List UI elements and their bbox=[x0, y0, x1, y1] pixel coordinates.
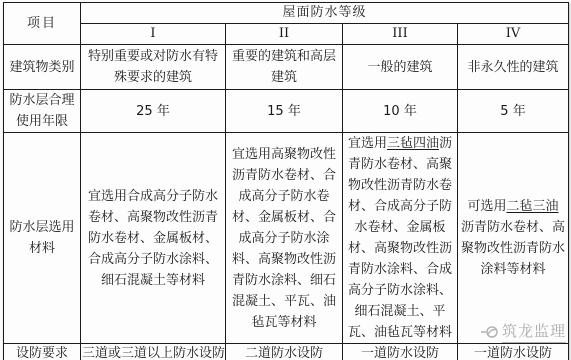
screenshot-root: 项目 屋面防水等级 I II III IV 建筑物类别 特别重要或对防水有特殊要… bbox=[0, 0, 571, 360]
cell-service-life-grade2: 15 年 bbox=[226, 90, 343, 133]
cell-materials-grade2: 宜选用高聚物改性沥青防水卷材、合成高分子防水卷材、金属板材、合成高分子防水涂料、… bbox=[226, 133, 343, 344]
materials-text: 沥青防水卷材、高聚物改性沥青防水卷材、合成高分子防水卷材、金属板材、高聚物改性沥… bbox=[348, 136, 452, 340]
cell-materials-grade4: 可选用二毡三油沥青防水卷材、高聚物改性沥青防水涂料等材料 bbox=[458, 133, 569, 344]
grade-header-cell: 屋面防水等级 bbox=[81, 3, 569, 24]
grade-column-1-header: I bbox=[81, 24, 226, 45]
materials-text: 宜选用合成高分子防水卷材、高聚物改性沥青防水卷材、金属板材、合成高分子防水涂料、… bbox=[88, 189, 218, 288]
cell-building-type-grade3: 一般的建筑 bbox=[343, 45, 458, 90]
grade-column-4-header: IV bbox=[458, 24, 569, 45]
cell-fortification-grade2: 二道防水设防 bbox=[226, 344, 343, 360]
cell-service-life-grade4: 5 年 bbox=[458, 90, 569, 133]
cell-service-life-grade1: 25 年 bbox=[81, 90, 226, 133]
row-label-materials: 防水层选用材料 bbox=[4, 133, 81, 344]
materials-text: 宜选用 bbox=[348, 136, 387, 151]
cell-materials-grade1: 宜选用合成高分子防水卷材、高聚物改性沥青防水卷材、金属板材、合成高分子防水涂料、… bbox=[81, 133, 226, 344]
grade-column-3-header: III bbox=[343, 24, 458, 45]
cell-building-type-grade2: 重要的建筑和高层建筑 bbox=[226, 45, 343, 90]
grade-column-2-header: II bbox=[226, 24, 343, 45]
row-label-fortification: 设防要求 bbox=[4, 344, 81, 360]
corner-cell-item: 项目 bbox=[4, 3, 81, 45]
materials-text: 沥青防水卷材、高聚物改性沥青防水涂料等材料 bbox=[461, 220, 565, 277]
cell-materials-grade3: 宜选用三毡四油沥青防水卷材、高聚物改性沥青防水卷材、合成高分子防水卷材、金属板材… bbox=[343, 133, 458, 344]
cell-building-type-grade4: 非永久性的建筑 bbox=[458, 45, 569, 90]
row-label-service-life: 防水层合理使用年限 bbox=[4, 90, 81, 133]
cell-fortification-grade3: 一道防水设防 bbox=[343, 344, 458, 360]
row-label-building-type: 建筑物类别 bbox=[4, 45, 81, 90]
materials-text: 宜选用高聚物改性沥青防水卷材、合成高分子防水卷材、金属板材、合成高分子防水涂料、… bbox=[232, 147, 336, 330]
cell-fortification-grade1: 三道或三道以上防水设防 bbox=[81, 344, 226, 360]
materials-underlined-text: 三毡四油 bbox=[387, 136, 439, 151]
materials-underlined-text: 二毡三油 bbox=[507, 199, 559, 214]
cell-building-type-grade1: 特别重要或对防水有特殊要求的建筑 bbox=[81, 45, 226, 90]
cell-service-life-grade3: 10 年 bbox=[343, 90, 458, 133]
roof-waterproofing-grade-table: 项目 屋面防水等级 I II III IV 建筑物类别 特别重要或对防水有特殊要… bbox=[3, 2, 569, 360]
materials-text: 可选用 bbox=[467, 199, 506, 214]
cell-fortification-grade4: 一道防水设防 bbox=[458, 344, 569, 360]
